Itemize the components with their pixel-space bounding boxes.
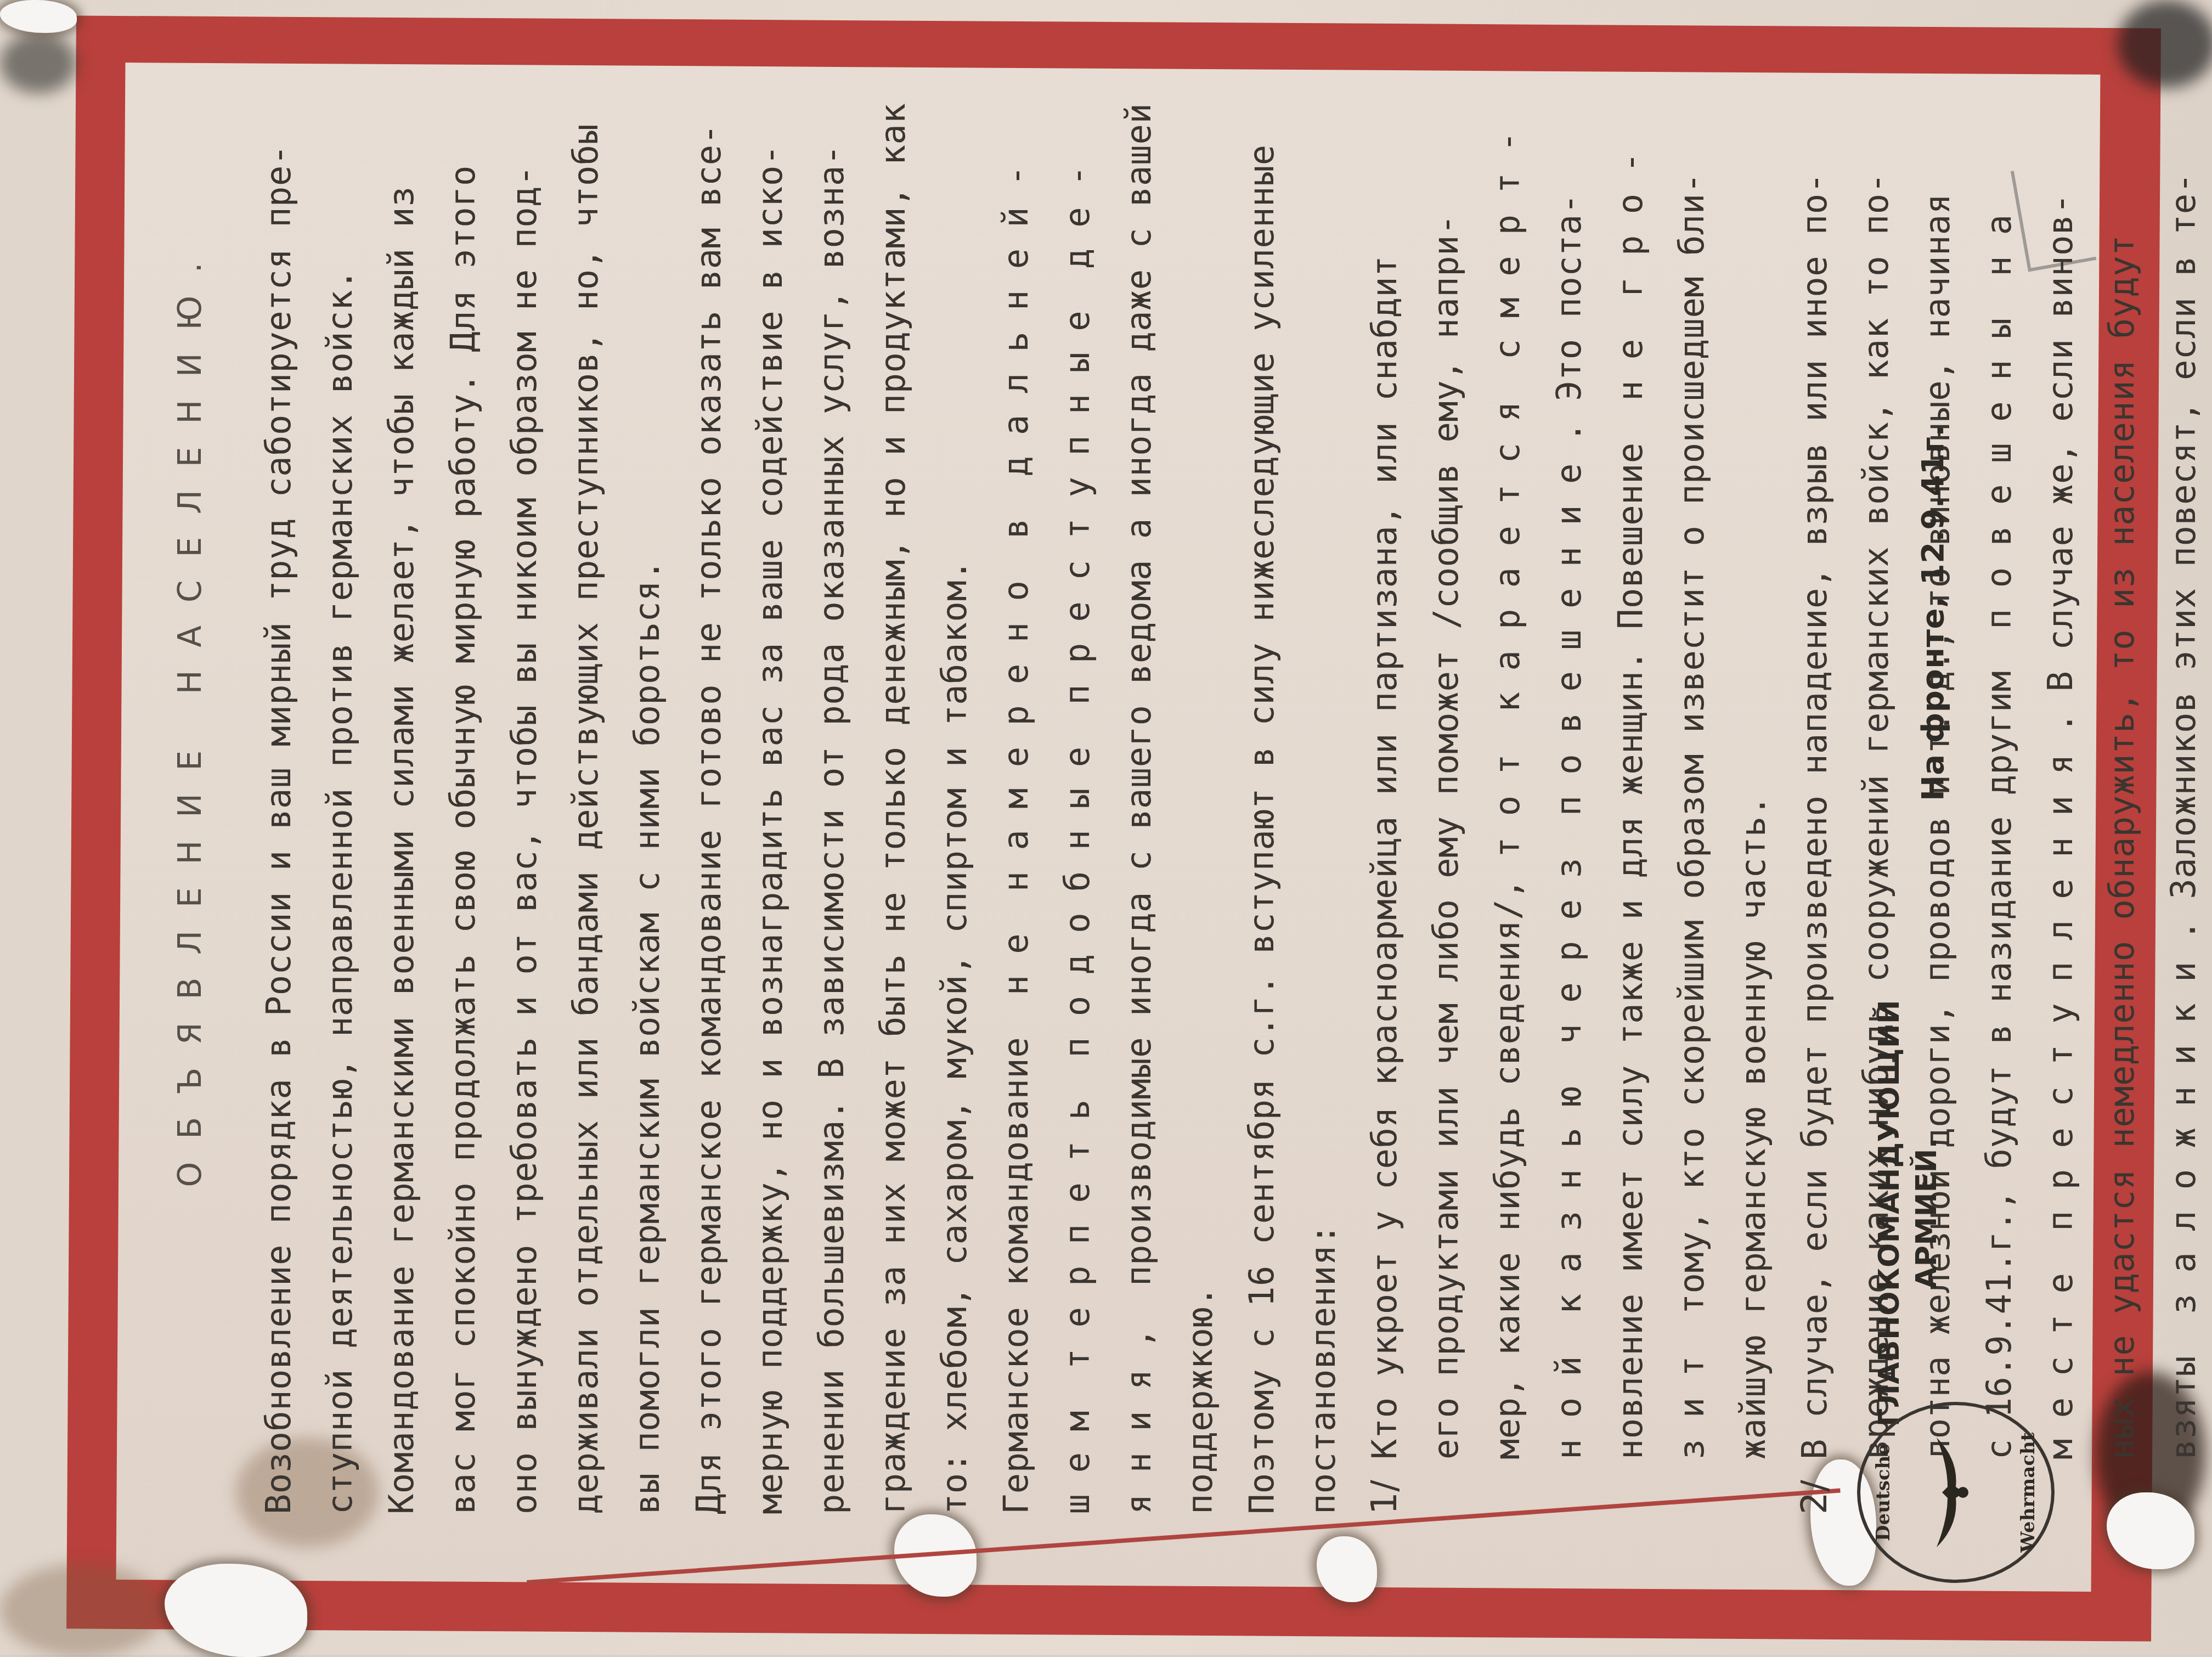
text-line: граждение за них может быть не только де… bbox=[862, 77, 924, 1514]
text-line: поддержкою. bbox=[1170, 77, 1231, 1514]
stain bbox=[0, 33, 77, 93]
text-line: Германское командование н е н а м е р е … bbox=[985, 77, 1047, 1514]
paragraph: Возобновление порядка в России и ваш мир… bbox=[248, 77, 678, 1514]
text-line: м е с т е п р е с т у п л е н и я . В сл… bbox=[2030, 77, 2091, 1459]
text-line: его продуктами или чем либо ему поможет … bbox=[1415, 77, 1477, 1459]
text-line: то: хлебом, сахаром, мукой, спиртом и та… bbox=[924, 77, 985, 1514]
signature-title: ГЛАВНОКОМАНДУЮЩИЙ bbox=[1871, 1000, 1908, 1427]
stain bbox=[2118, 0, 2212, 88]
text-line: ступной деятельностью, направленной прот… bbox=[309, 77, 371, 1514]
text-line: н о й к а з н ь ю ч е р е з п о в е ш е … bbox=[1538, 77, 1600, 1459]
text-line: з и т тому, кто скорейшим образом извест… bbox=[1661, 77, 1723, 1459]
intro-section: Возобновление порядка в России и ваш мир… bbox=[248, 77, 1354, 1514]
date-line: На фронте, 12.9.41г. bbox=[1915, 425, 1952, 801]
photo-background: ОБЪЯВЛЕНИЕ НАСЕЛЕНИЮ. Возобновление поря… bbox=[0, 0, 2212, 1655]
text-line: постановления: bbox=[1293, 77, 1354, 1514]
paragraph: Поэтому с 16 сентября с.г. вступают в си… bbox=[1231, 77, 1354, 1514]
text-line: ренении большевизма. В зависимости от ро… bbox=[801, 77, 862, 1514]
text-line: ш е м т е р п е т ь п о д о б н ы е п р … bbox=[1047, 77, 1108, 1514]
text-line: Для этого германское командование готово… bbox=[678, 77, 740, 1514]
eagle-seal-icon bbox=[1931, 1438, 1970, 1547]
text-line: В случае, если будет произведено нападен… bbox=[1784, 77, 1846, 1459]
text-line: жайшую германскую военную часть. bbox=[1723, 77, 1784, 1459]
paragraph: Для этого германское командование готово… bbox=[678, 77, 985, 1514]
item-number: 2/ bbox=[1784, 1480, 1846, 1514]
stamp-text-bottom: Wehrmacht bbox=[2017, 1405, 2039, 1580]
text-line: ных не удастся немедленно обнаружить, то… bbox=[2091, 77, 2153, 1459]
text-line: Командование германскими военными силами… bbox=[371, 77, 432, 1514]
text-line: новление имеет силу также и для женщин. … bbox=[1600, 77, 1661, 1459]
regulation-item: 2/В случае, если будет произведено напад… bbox=[1784, 77, 2212, 1514]
text-line: с 16.9.41.г., будут в назидание другим п… bbox=[1968, 77, 2030, 1459]
official-stamp: Deutsche Wehrmacht bbox=[1857, 1402, 2055, 1583]
signature-unit: АРМИЕЙ. bbox=[1908, 1000, 1945, 1427]
text-line: вы помогли германским войскам с ними бор… bbox=[617, 77, 678, 1514]
text-line: мерную поддержку, но и вознаградить вас … bbox=[740, 77, 801, 1514]
text-line: Поэтому с 16 сентября с.г. вступают в си… bbox=[1231, 77, 1293, 1514]
stain bbox=[0, 1564, 165, 1655]
stamp-text-top: Deutsche bbox=[1872, 1405, 1894, 1580]
regulation-item: 1/Кто укроет у себя красноармейца или па… bbox=[1354, 77, 1784, 1514]
text-line: мер, какие нибудь сведения/, т о т к а р… bbox=[1477, 77, 1538, 1459]
poster-text: ОБЪЯВЛЕНИЕ НАСЕЛЕНИЮ. Возобновление поря… bbox=[159, 77, 2079, 1514]
text-line: вас мог спокойно продолжать свою обычную… bbox=[432, 77, 494, 1514]
signature-block: ГЛАВНОКОМАНДУЮЩИЙ АРМИЕЙ. bbox=[1871, 1000, 1945, 1427]
text-line: Возобновление порядка в России и ваш мир… bbox=[248, 77, 309, 1514]
paragraph: Германское командование н е н а м е р е … bbox=[985, 77, 1231, 1514]
text-line: держивали отдельных или бандами действую… bbox=[555, 77, 617, 1514]
text-line: Кто укроет у себя красноармейца или парт… bbox=[1354, 77, 1415, 1459]
text-line: я н и я , производимые иногда с вашего в… bbox=[1108, 77, 1170, 1514]
torn-hole bbox=[0, 0, 77, 33]
regulations-list: 1/Кто укроет у себя красноармейца или па… bbox=[1354, 77, 2212, 1514]
text-line: оно вынуждено требовать и от вас, чтобы … bbox=[494, 77, 555, 1514]
item-number: 1/ bbox=[1354, 1480, 1415, 1514]
text-line: взяты з а л о ж н и к и . Заложников эти… bbox=[2153, 77, 2212, 1459]
poster-title: ОБЪЯВЛЕНИЕ НАСЕЛЕНИЮ. bbox=[159, 77, 221, 1514]
